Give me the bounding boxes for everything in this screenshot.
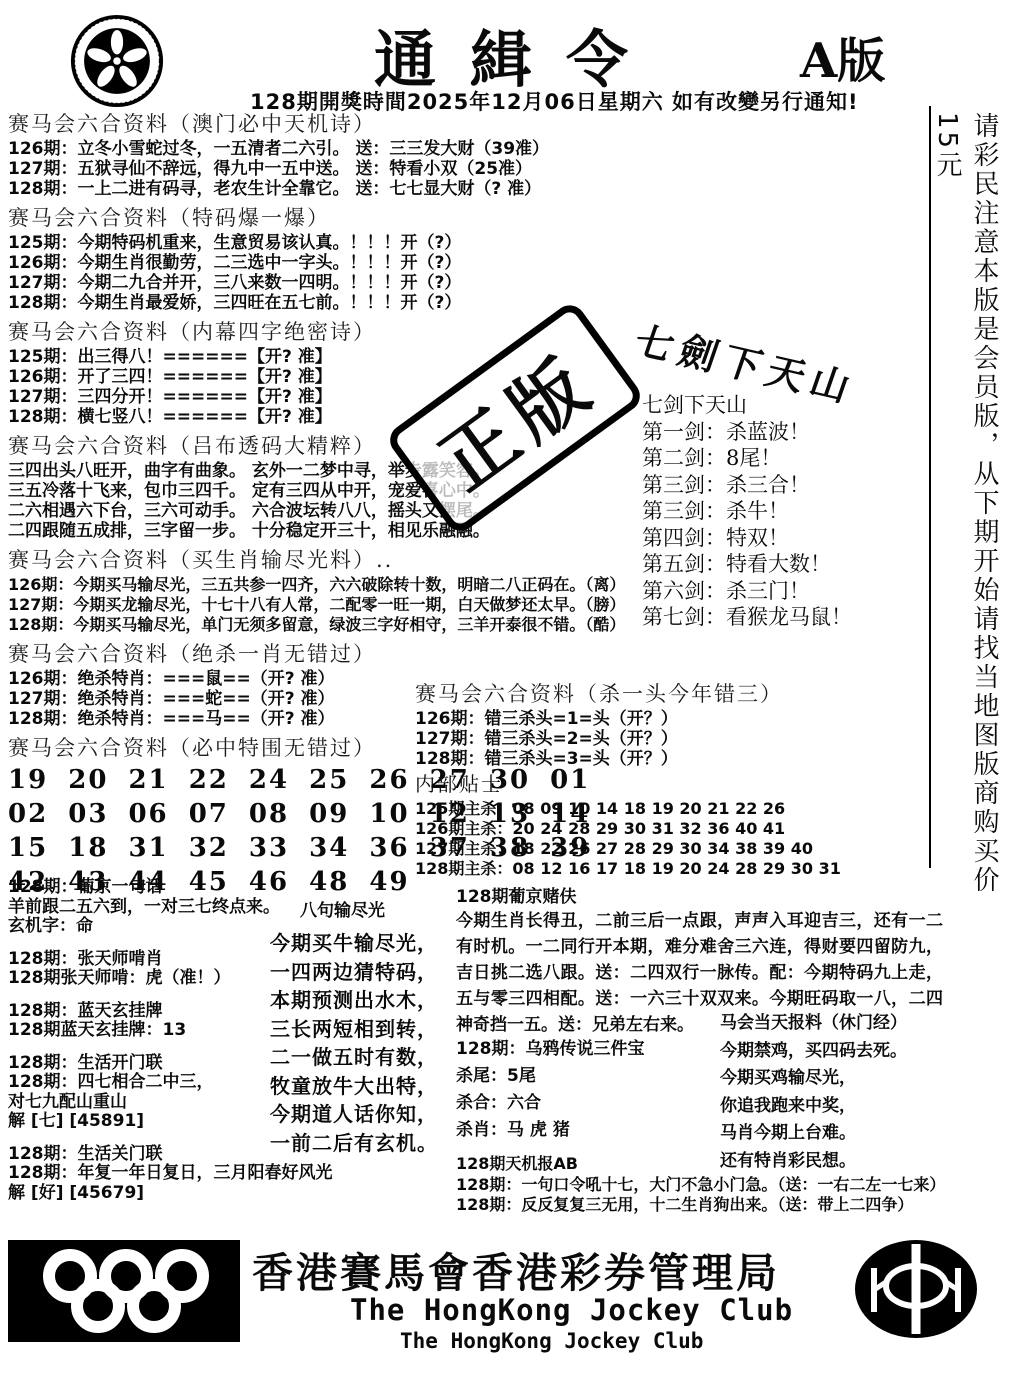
block-line: 128期：生活关门联 (8, 1145, 268, 1165)
tianji-title: 128期天机报AB (456, 1154, 945, 1175)
sword-line: 第七剑：看猴龙马鼠！ (642, 604, 942, 631)
block-pujing-sentence: 128期：葡京一句话 羊前跟二五六到，一对三七终点来。 玄机字：命 (8, 878, 268, 937)
poem-line: 一前二后有玄机。 (270, 1129, 462, 1158)
report-line: 你追我跑来中奖， (720, 1093, 958, 1121)
block-line: 128期蓝天玄挂牌：13 (8, 1021, 268, 1041)
block-line: 128期：年复一年日复日，三月阳春好风光 (8, 1164, 268, 1184)
poem-line: 一四两边猜特码， (270, 958, 462, 987)
inner-tips-title: 内部贴士 (415, 771, 933, 797)
section-title: 赛马会六合资料（澳门必中天机诗） (8, 112, 673, 136)
round-seal-icon (852, 1238, 980, 1344)
report-line: 马肖今期上台难。 (720, 1120, 958, 1148)
tip-line: 128期：错三杀头=3=头（开？） (415, 749, 933, 769)
section-title: 赛马会六合资料（特码爆一爆） (8, 206, 673, 230)
crow-legend-block: 128期：乌鸦传说三件宝 杀尾：5尾 杀合：六合 杀肖：马 虎 猪 (456, 1036, 645, 1144)
section-title: 赛马会六合资料（买生肖输尽光料）.. (8, 548, 673, 572)
block-line: 对七九配山重山 (8, 1093, 268, 1113)
tip-line: 126期：今期买马输尽光，三五共参一四齐，六六破除转十数，明暗二八正码在。（离） (8, 575, 673, 595)
block-line: 128期：葡京一句话 (8, 878, 268, 898)
tip-line: 127期：今期买龙输尽光，十七十八有人常，二配零一旺一期，白天做梦还太早。（膀） (8, 595, 673, 615)
bottom-region: 128期：葡京一句话 羊前跟二五六到，一对三七终点来。 玄机字：命 128期：张… (8, 872, 935, 1238)
section-tianjishi: 赛马会六合资料（澳门必中天机诗） 126期：立冬小雪蛇过冬，一五清者二六引。 送… (8, 112, 673, 199)
block-line: 解 [七] [45891] (8, 1112, 268, 1132)
seven-swords-list: 七剑下天山 第一剑：杀蓝波！ 第二剑：8尾！ 第三剑：杀三合！ 第三剑：杀牛！ … (642, 392, 942, 631)
block-line: 128期：张天师啃肖 (8, 950, 268, 970)
section-title: 赛马会六合资料（杀一头今年错三） (415, 682, 933, 706)
footer-chinese-title: 香港賽馬會香港彩券管理局 (252, 1240, 780, 1299)
poem-header: 八句输尽光 (300, 896, 462, 921)
section-shengxiao: 赛马会六合资料（买生肖输尽光料）.. 126期：今期买马输尽光，三五共参一四齐，… (8, 548, 673, 635)
tip-line: 128期：一上二进有码寻，老农生计全靠它。 送：七七显大财（? 准） (8, 179, 673, 199)
verse-line: 二四跟随五成排，三字留一步。 十分稳定开三十，相见乐融融。 (8, 521, 673, 541)
poem-line: 三长两短相到转， (270, 1015, 462, 1044)
block-line: 128期：蓝天玄挂牌 (8, 1002, 268, 1022)
report-line: 今期买鸡输尽光， (720, 1065, 958, 1093)
tianji-line: 128期：反反复复三无用，十二生肖狗出来。（送：带上二四争） (456, 1195, 945, 1216)
pujing-title: 128期葡京赌伕 (456, 886, 943, 908)
poem-line: 今期买牛输尽光， (270, 929, 462, 958)
tip-line: 127期：五狱寻仙不辞远，得九中一五中送。 送：特看小双（25准） (8, 159, 673, 179)
block-kaimenlian: 128期：生活开门联 128期：四七相合二中三， 对七九配山重山 解 [七] [… (8, 1054, 268, 1132)
block-line: 解 [好] [45679] (8, 1184, 268, 1204)
block-line: 玄机字：命 (8, 917, 268, 937)
poem-line: 牧童放牛大出特， (270, 1072, 462, 1101)
sword-line: 第二剑：8尾！ (642, 445, 942, 472)
report-title: 马会当天报料（休门经） (720, 1010, 958, 1038)
sword-line: 第一剑：杀蓝波！ (642, 419, 942, 446)
section-title: 赛马会六合资料（绝杀一肖无错过） (8, 642, 673, 666)
poem-line: 本期预测出水木， (270, 986, 462, 1015)
edition-label: A版 (800, 22, 885, 91)
tip-line: 128期：今期买马输尽光，单门无须多留意，绿波三字好相守，三羊开泰很不错。（酷） (8, 615, 673, 635)
tip-line: 126期：立冬小雪蛇过冬，一五清者二六引。 送：三三发大财（39准） (8, 139, 673, 159)
bottom-right-column: 128期葡京赌伕 今期生肖长得丑，二前三后一点跟，声声入耳迎吉三，还有一二有时机… (456, 872, 946, 1238)
section-temabao: 赛马会六合资料（特码爆一爆） 125期：今期特码机重来，生意贸易该认真。！！！开… (8, 206, 673, 313)
block-line: 128期：四七相合二中三， (8, 1073, 268, 1093)
sword-line: 第三剑：杀三合！ (642, 472, 942, 499)
tip-line: 127期：错三杀头=2=头（开？） (415, 729, 933, 749)
crow-line: 杀尾：5尾 (456, 1063, 645, 1090)
poem-line: 二一做五时有数， (270, 1043, 462, 1072)
tip-line: 125期：今期特码机重来，生意贸易该认真。！！！开（?） (8, 233, 673, 253)
member-edition-note: 请彩民注意本版是会员版，从下期开始请找当地图版商购买价15元 (941, 112, 1003, 902)
crow-line: 杀合：六合 (456, 1090, 645, 1117)
section-shayitou: 赛马会六合资料（杀一头今年错三） 126期：错三杀头=1=头（开？） 127期：… (415, 682, 933, 879)
sword-line: 第六剑：杀三门！ (642, 578, 942, 605)
sword-line: 第五剑：特看大数！ (642, 551, 942, 578)
bottom-left-column: 128期：葡京一句话 羊前跟二五六到，一对三七终点来。 玄机字：命 128期：张… (8, 878, 268, 1216)
block-line: 128期张天师啃：虎（准！） (8, 969, 268, 989)
kill-numbers-line: 127期主杀：18 22 26 27 28 29 30 34 38 39 40 (415, 839, 933, 859)
crow-title: 128期：乌鸦传说三件宝 (456, 1036, 645, 1063)
poem-line: 今期道人话你知， (270, 1100, 462, 1129)
tianji-report-block: 128期天机报AB 128期：一句口令吼十七，大门不急小门急。（送：一右二左一七… (456, 1154, 945, 1216)
kill-numbers-line: 126期主杀：20 24 28 29 30 31 32 36 40 41 (415, 819, 933, 839)
verse-line: 二六相遇六下台，三六可动手。 六合波坛转八八，摇头又摆尾。 (8, 501, 673, 521)
jockey-daily-report-block: 马会当天报料（休门经） 今期禁鸡，买四码去死。 今期买鸡输尽光， 你追我跑来中奖… (720, 1010, 958, 1175)
hkjc-logo-icon (8, 1240, 240, 1346)
sword-line: 第三剑：杀牛！ (642, 498, 942, 525)
crow-line: 杀肖：马 虎 猪 (456, 1117, 645, 1144)
block-zhangtianshi: 128期：张天师啃肖 128期张天师啃：虎（准！） (8, 950, 268, 989)
verse-line: 三五冷落十飞来，包巾三四千。 定有三四从中开，宠爱喜心中。 (8, 481, 673, 501)
verse-line: 三四出头八旺开，曲字有曲象。 玄外一二梦中寻，举步露笑容。 (8, 461, 673, 481)
sword-line: 第四剑：特双！ (642, 525, 942, 552)
block-line: 128期：生活开门联 (8, 1054, 268, 1074)
tianji-line: 128期：一句口令吼十七，大门不急小门急。（送：一右二左一七来） (456, 1175, 945, 1196)
eight-verse-poem: 八句输尽光 今期买牛输尽光， 一四两边猜特码， 本期预测出水木， 三长两短相到转… (270, 896, 462, 1157)
footer-english-subtitle: The HongKong Jockey Club (400, 1329, 703, 1353)
tip-line: 126期：错三杀头=1=头（开？） (415, 709, 933, 729)
block-line: 羊前跟二五六到，一对三七终点来。 (8, 898, 268, 918)
block-guanmenlian: 128期：生活关门联 128期：年复一年日复日，三月阳春好风光 解 [好] [4… (8, 1145, 268, 1204)
block-lantian-guapai: 128期：蓝天玄挂牌 128期蓝天玄挂牌：13 (8, 1002, 268, 1041)
kill-numbers-line: 125期主杀：08 09 10 14 18 19 20 21 22 26 (415, 799, 933, 819)
footer-english-title: The HongKong Jockey Club (350, 1293, 793, 1327)
seven-swords-title: 七剑下天山 (642, 392, 942, 419)
tip-line: 126期：今期生肖很勤劳，二三选中一字头。！！！开（?） (8, 253, 673, 273)
report-line: 今期禁鸡，买四码去死。 (720, 1038, 958, 1066)
bauhinia-logo-icon (70, 14, 164, 108)
tip-line: 127期：今期二九合并开，三八来数一四明。！！！开（?） (8, 273, 673, 293)
